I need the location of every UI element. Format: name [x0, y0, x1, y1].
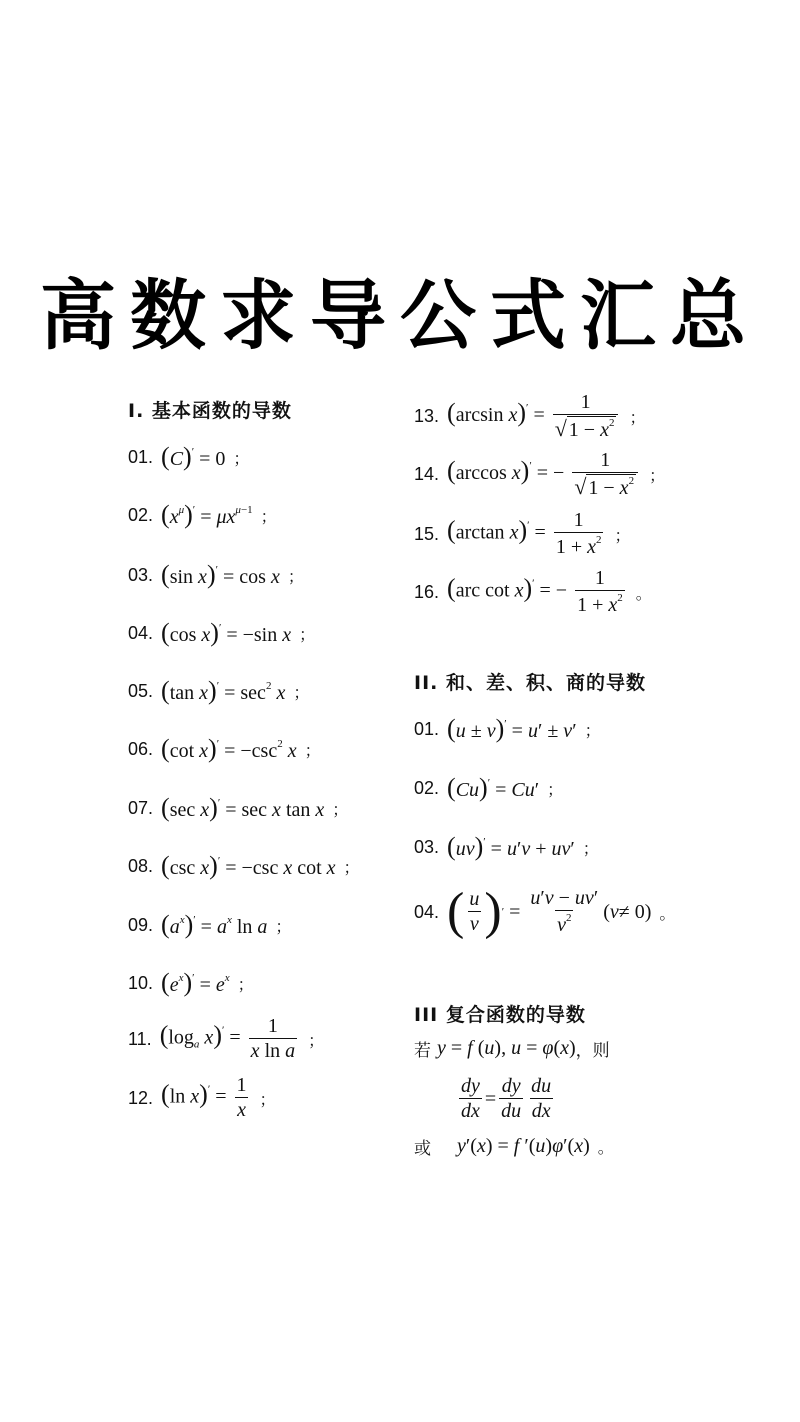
formula-basic-13: 13. (arcsin x)′ = 1√1 − x2 ； [414, 392, 645, 441]
formula-arith-04: 04. (uv)′ = u′v − uv′v2(v ≠ 0) 。 [414, 886, 675, 938]
composite-prime-form: 或 y′(x) = f ′(u)φ′(x) 。 [414, 1134, 614, 1159]
formula-basic-10: 10. (ex)′ = ex ； [128, 970, 254, 997]
formula-basic-04: 04. (cos x)′ = −sin x ； [128, 620, 315, 647]
section-basic-heading: I. 基本函数的导数 [128, 396, 292, 423]
composite-condition: 若 y = f (u), u = φ(x) ，则 [414, 1036, 610, 1061]
formula-basic-05: 05. (tan x)′ = sec2 x ； [128, 678, 309, 705]
composite-chain-rule: dydx=dydududx [456, 1076, 556, 1122]
formula-basic-06: 06. (cot x)′ = −csc2 x ； [128, 736, 321, 763]
formula-basic-08: 08. (csc x)′ = −csc x cot x ； [128, 853, 360, 880]
formula-basic-12: 12. (ln x)′ = 1x ； [128, 1075, 276, 1121]
formula-number: 01. [128, 447, 153, 468]
formula-basic-11: 11. (loga x)′ = 1x ln a ； [128, 1016, 324, 1062]
formula-arith-03: 03. (uv)′ = u′v + uv′ ； [414, 834, 599, 861]
formula-basic-01: 01. (C)′ = 0 ； [128, 444, 249, 471]
formula-basic-02: 02. (xμ)′ = μxμ−1 ； [128, 502, 277, 529]
formula-basic-09: 09. (ax)′ = ax ln a ； [128, 912, 291, 939]
formula-basic-16: 16. (arc cot x)′ = − 11 + x2 。 [414, 568, 652, 616]
formula-basic-07: 07. (sec x)′ = sec x tan x ； [128, 795, 348, 822]
page-title: 高数求导公式汇总 [0, 255, 800, 364]
formula-basic-14: 14. (arccos x)′ = − 1√1 − x2 ； [414, 450, 665, 499]
formula-arith-01: 01. (u ± v)′ = u′ ± v′ ； [414, 716, 601, 743]
formula-basic-15: 15. (arctan x)′ = 11 + x2 ； [414, 510, 631, 558]
formula-arith-02: 02. (Cu)′ = Cu′ ； [414, 775, 563, 802]
section-arith-heading: II. 和、差、积、商的导数 [414, 668, 646, 695]
section-composite-heading: III 复合函数的导数 [414, 1000, 586, 1027]
formula-basic-03: 03. (sin x)′ = cos x ； [128, 562, 304, 589]
